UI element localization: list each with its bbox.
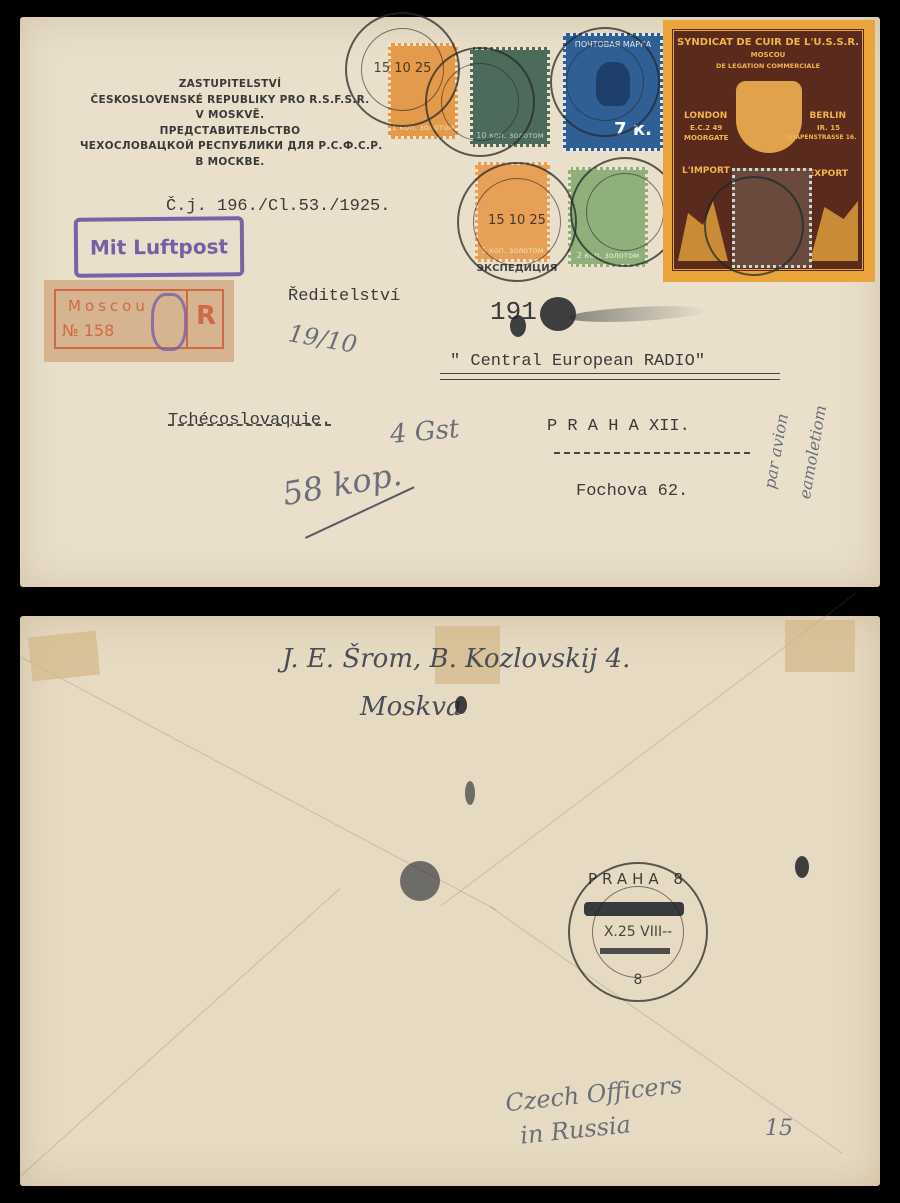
handwritten-par-avion: par avion (760, 412, 792, 490)
note-line-1: Czech Officers (504, 1071, 683, 1117)
postmark-date: 15 10 25 (459, 213, 575, 228)
letterhead-line: ПРЕДСТАВИТЕЛЬСТВО (80, 124, 380, 140)
postmark-praha: PRAHA 8 X.25 VIII-- 8 (568, 862, 708, 1002)
handwritten-note: 4 Gst (389, 414, 461, 450)
address-city: P R A H A XII. (547, 417, 690, 436)
price-marking: 15 (765, 1116, 793, 1141)
envelope-front: ZASTUPITELSTVÍ ČESKOSLOVENSKÉ REPUBLIKY … (20, 17, 880, 587)
handwritten-fraction: 19/10 (286, 319, 359, 359)
airmail-text: Mit Luftpost (90, 234, 228, 259)
label-title: SYNDICAT DE CUIR DE L'U.S.S.R. (674, 37, 862, 48)
registration-letter: R (196, 301, 216, 331)
handwritten-vertical: eamoletiom (795, 404, 830, 501)
label-illustration-right (810, 201, 858, 261)
ink-blot (540, 297, 576, 331)
label-subtitle: MOSCOU (674, 51, 862, 59)
postmark-date: X.25 VIII-- (570, 924, 706, 940)
letterhead: ZASTUPITELSTVÍ ČESKOSLOVENSKÉ REPUBLIKY … (80, 77, 380, 170)
hinge-tape (785, 620, 855, 672)
sender-address-line-2: Moskva (360, 692, 462, 722)
label-export: EXPORT (808, 169, 848, 179)
flap-fold (20, 888, 340, 1176)
ink-blot (400, 861, 440, 901)
letterhead-line: ČESKOSLOVENSKÉ REPUBLIKY PRO R.S.F.S.R. (80, 93, 380, 109)
double-underline (440, 373, 780, 380)
label-left-addr2: MOORGATE (684, 134, 728, 142)
handwritten-weight: 58 kop. (280, 455, 405, 513)
postmark-number: 8 (570, 972, 706, 988)
label-right-addr1: IR. 15 (817, 124, 840, 132)
postmark-moscow (550, 27, 660, 137)
postmark-city: PRAHA 8 (570, 870, 706, 888)
registration-label: Moscou № 158 R (44, 280, 234, 362)
registration-number: № 158 (62, 321, 114, 340)
label-import: L'IMPORT (682, 166, 730, 176)
letterhead-line: ЧЕХОСЛОВАЦКОЙ РЕСПУБЛИКИ ДЛЯ Р.С.Ф.С.Р. (80, 139, 380, 155)
hinge-tape (28, 631, 100, 682)
reference-number: Č.j. 196./Cl.53./1925. (166, 197, 390, 216)
postmark-moscow (425, 47, 535, 157)
label-left-addr1: E.C.2 49 (690, 124, 722, 132)
label-arc: DE LEGATION COMMERCIALE (674, 62, 862, 70)
coat-of-arms (736, 81, 802, 153)
violet-handstamp (151, 293, 187, 351)
ink-smear (568, 303, 709, 324)
ink-blot (510, 315, 526, 337)
label-right-city: BERLIN (809, 111, 846, 121)
postmark-bar (600, 948, 670, 954)
ink-blot (465, 781, 475, 805)
note-line-2: in Russia (519, 1110, 632, 1149)
sender-address-line-1: J. E. Šrom, B. Kozlovskij 4. (282, 644, 630, 674)
syndicate-label: SYNDICAT DE CUIR DE L'U.S.S.R. MOSCOU DE… (663, 20, 875, 282)
address-line-1: Ředitelství (288, 287, 400, 306)
postmark-bar (584, 902, 684, 916)
registration-city: Moscou (68, 297, 149, 315)
ink-blot (795, 856, 809, 878)
address-street: Fochova 62. (576, 482, 688, 501)
letterhead-line: В МОСКВЕ. (80, 155, 380, 171)
address-country: Tchécoslovaquie. (168, 411, 331, 430)
label-left-city: LONDON (684, 111, 727, 121)
postmark-moscow: 15 10 25 ЭКСПЕДИЦИЯ (457, 162, 577, 282)
letterhead-line: ZASTUPITELSTVÍ (80, 77, 380, 93)
postmark-text: ЭКСПЕДИЦИЯ (459, 263, 575, 274)
postmark-moscow (704, 176, 804, 276)
label-right-addr2: SHAPENSTRASSE 16. (786, 134, 856, 141)
letterhead-line: V MOSKVĚ. (80, 108, 380, 124)
envelope-back: J. E. Šrom, B. Kozlovskij 4. Moskva PRAH… (20, 616, 880, 1186)
airmail-cachet: Mit Luftpost (74, 216, 245, 277)
dashed-underline (554, 452, 750, 454)
address-line-2: " Central European RADIO" (450, 352, 705, 371)
ink-blot (455, 696, 467, 714)
